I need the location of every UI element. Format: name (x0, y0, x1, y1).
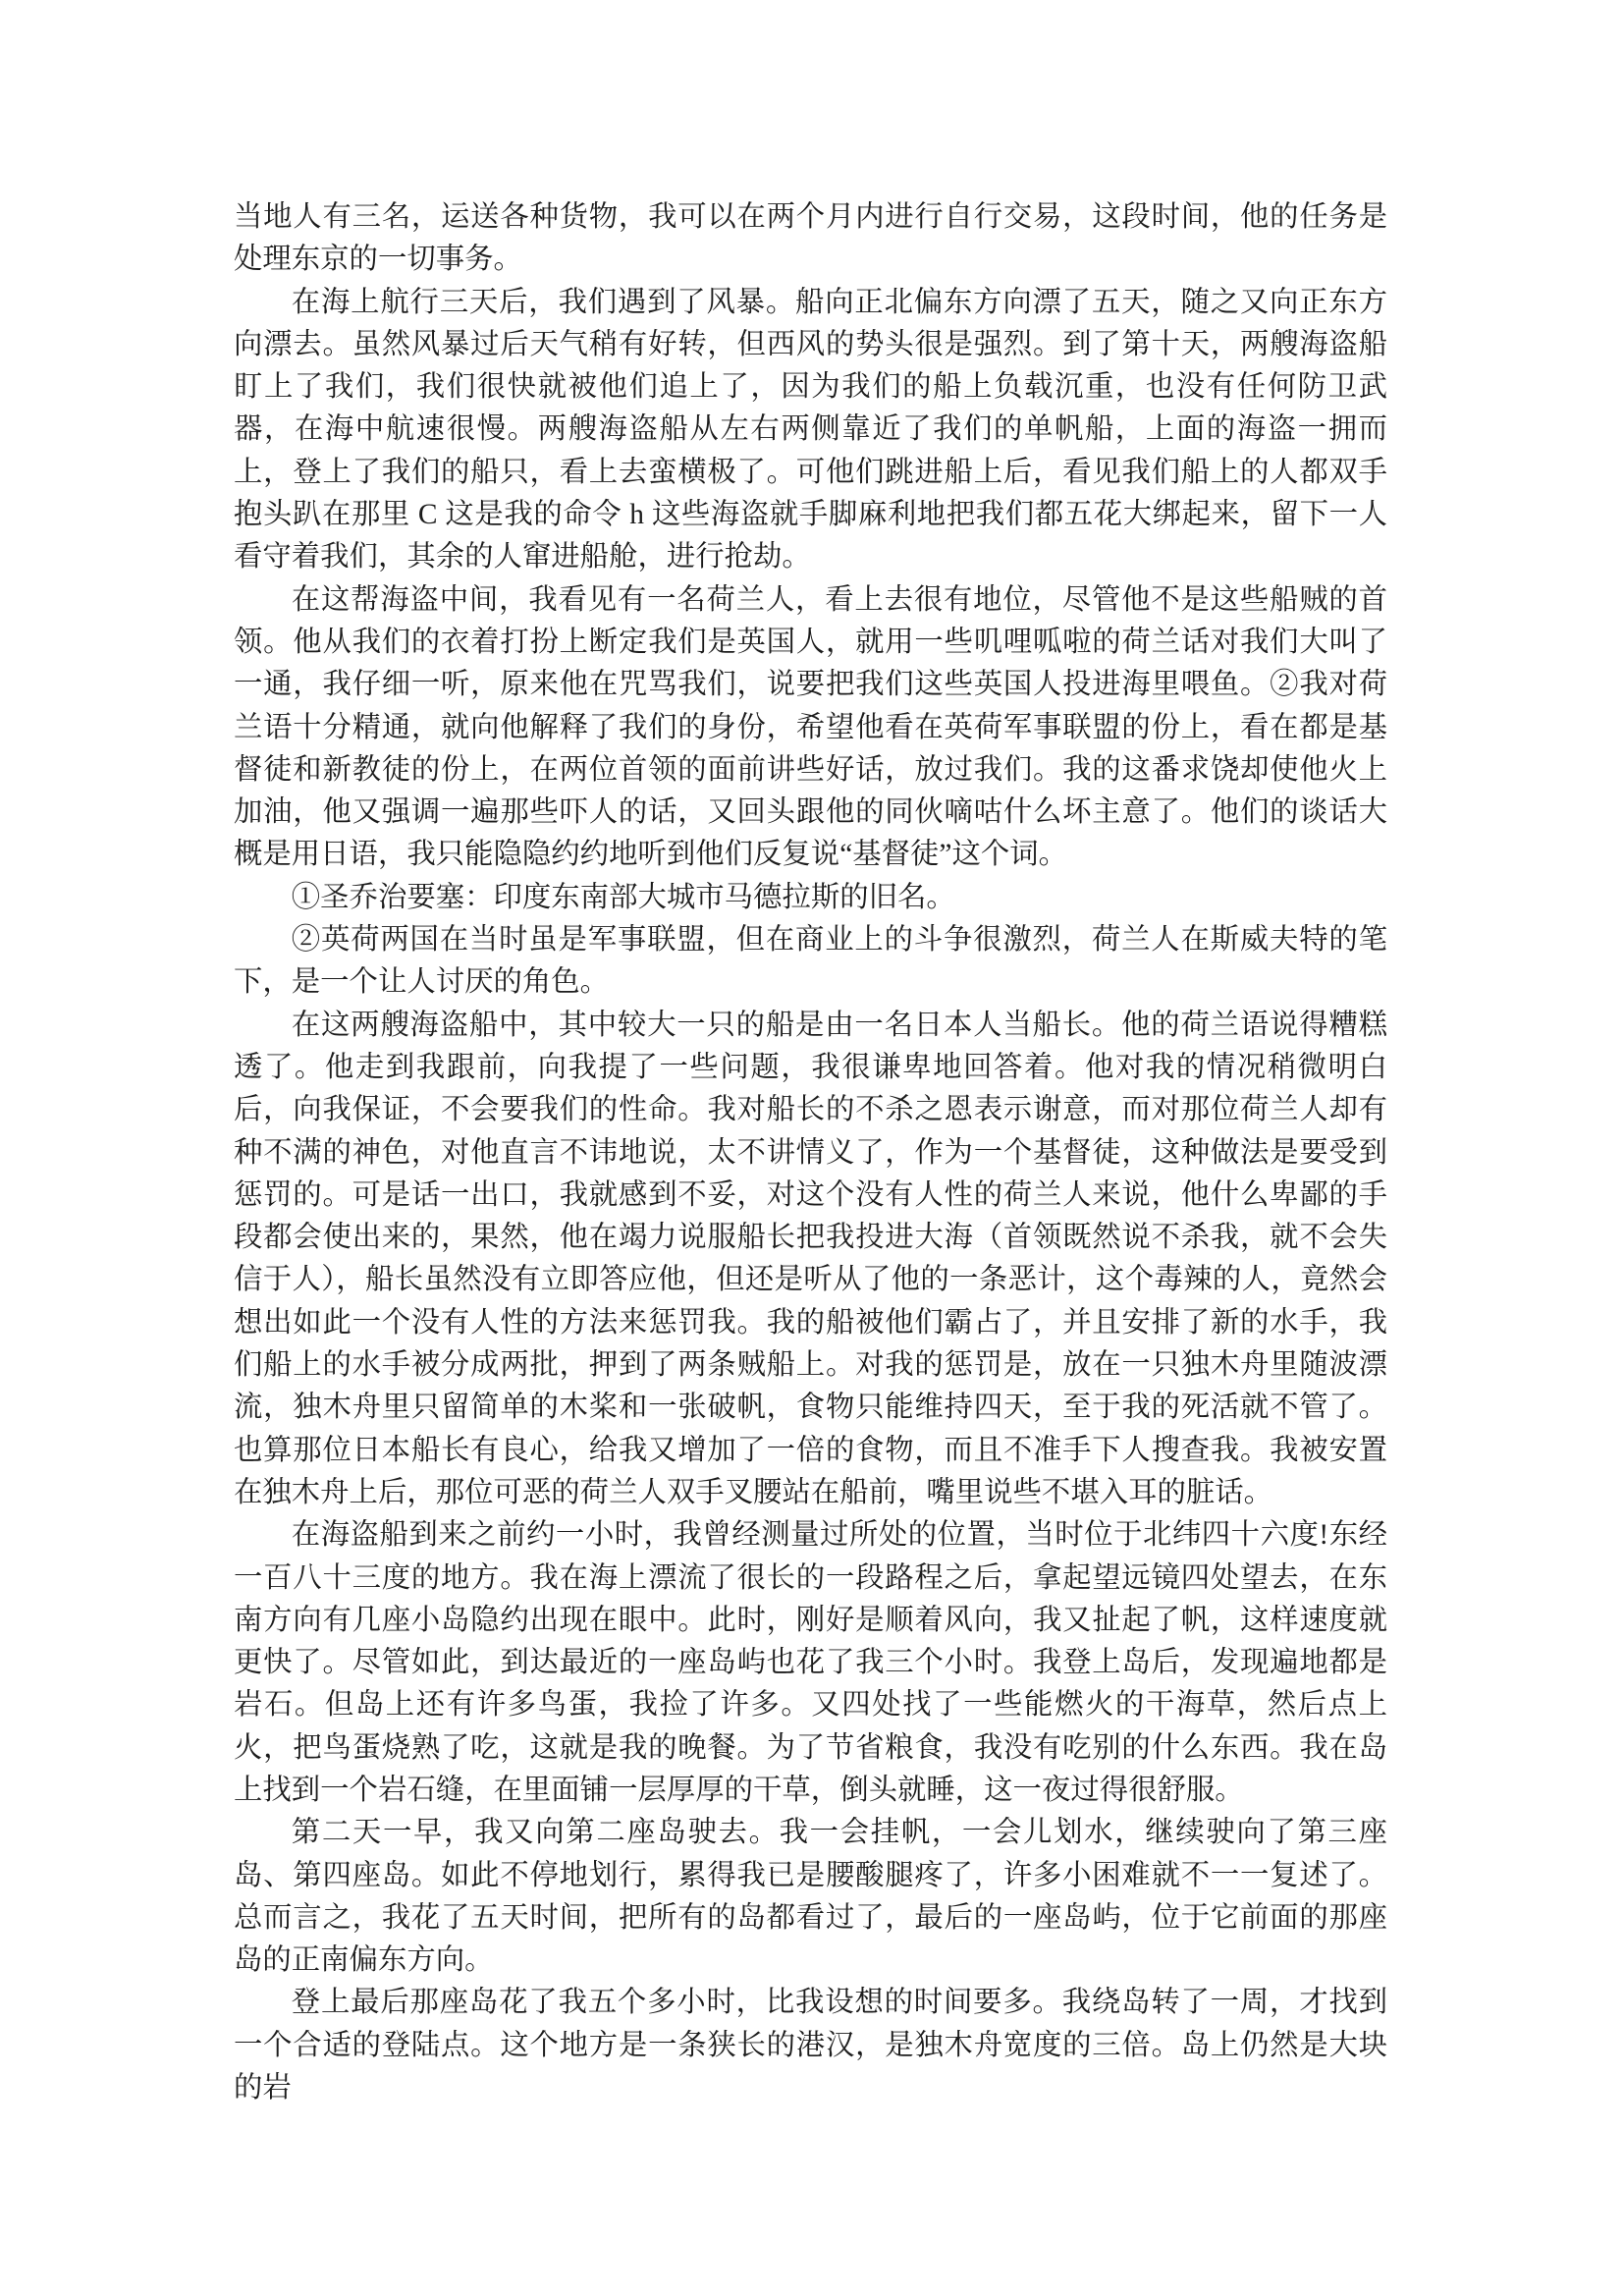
footnote-1: ①圣乔治要塞：印度东南部大城市马德拉斯的旧名。 (234, 877, 1387, 919)
paragraph-5: 在海盗船到来之前约一小时，我曾经测量过所处的位置，当时位于北纬四十六度!东经一百… (234, 1514, 1387, 1812)
paragraph-4: 在这两艘海盗船中，其中较大一只的船是由一名日本人当船长。他的荷兰语说得糟糕透了。… (234, 1005, 1387, 1515)
document-body: 当地人有三名，运送各种货物，我可以在两个月内进行自行交易，这段时间，他的任务是处… (234, 196, 1387, 2109)
footnote-2: ②英荷两国在当时虽是军事联盟，但在商业上的斗争很激烈，荷兰人在斯威夫特的笔下，是… (234, 919, 1387, 1005)
paragraph-6: 第二天一早，我又向第二座岛驶去。我一会挂帆，一会儿划水，继续驶向了第三座岛、第四… (234, 1812, 1387, 1982)
paragraph-3: 在这帮海盗中间，我看见有一名荷兰人，看上去很有地位，尽管他不是这些船贼的首领。他… (234, 579, 1387, 877)
paragraph-1: 当地人有三名，运送各种货物，我可以在两个月内进行自行交易，这段时间，他的任务是处… (234, 196, 1387, 282)
paragraph-7: 登上最后那座岛花了我五个多小时，比我设想的时间要多。我绕岛转了一周，才找到一个合… (234, 1982, 1387, 2109)
document-page: 当地人有三名，运送各种货物，我可以在两个月内进行自行交易，这段时间，他的任务是处… (0, 0, 1623, 2296)
paragraph-2: 在海上航行三天后，我们遇到了风暴。船向正北偏东方向漂了五天，随之又向正东方向漂去… (234, 282, 1387, 579)
